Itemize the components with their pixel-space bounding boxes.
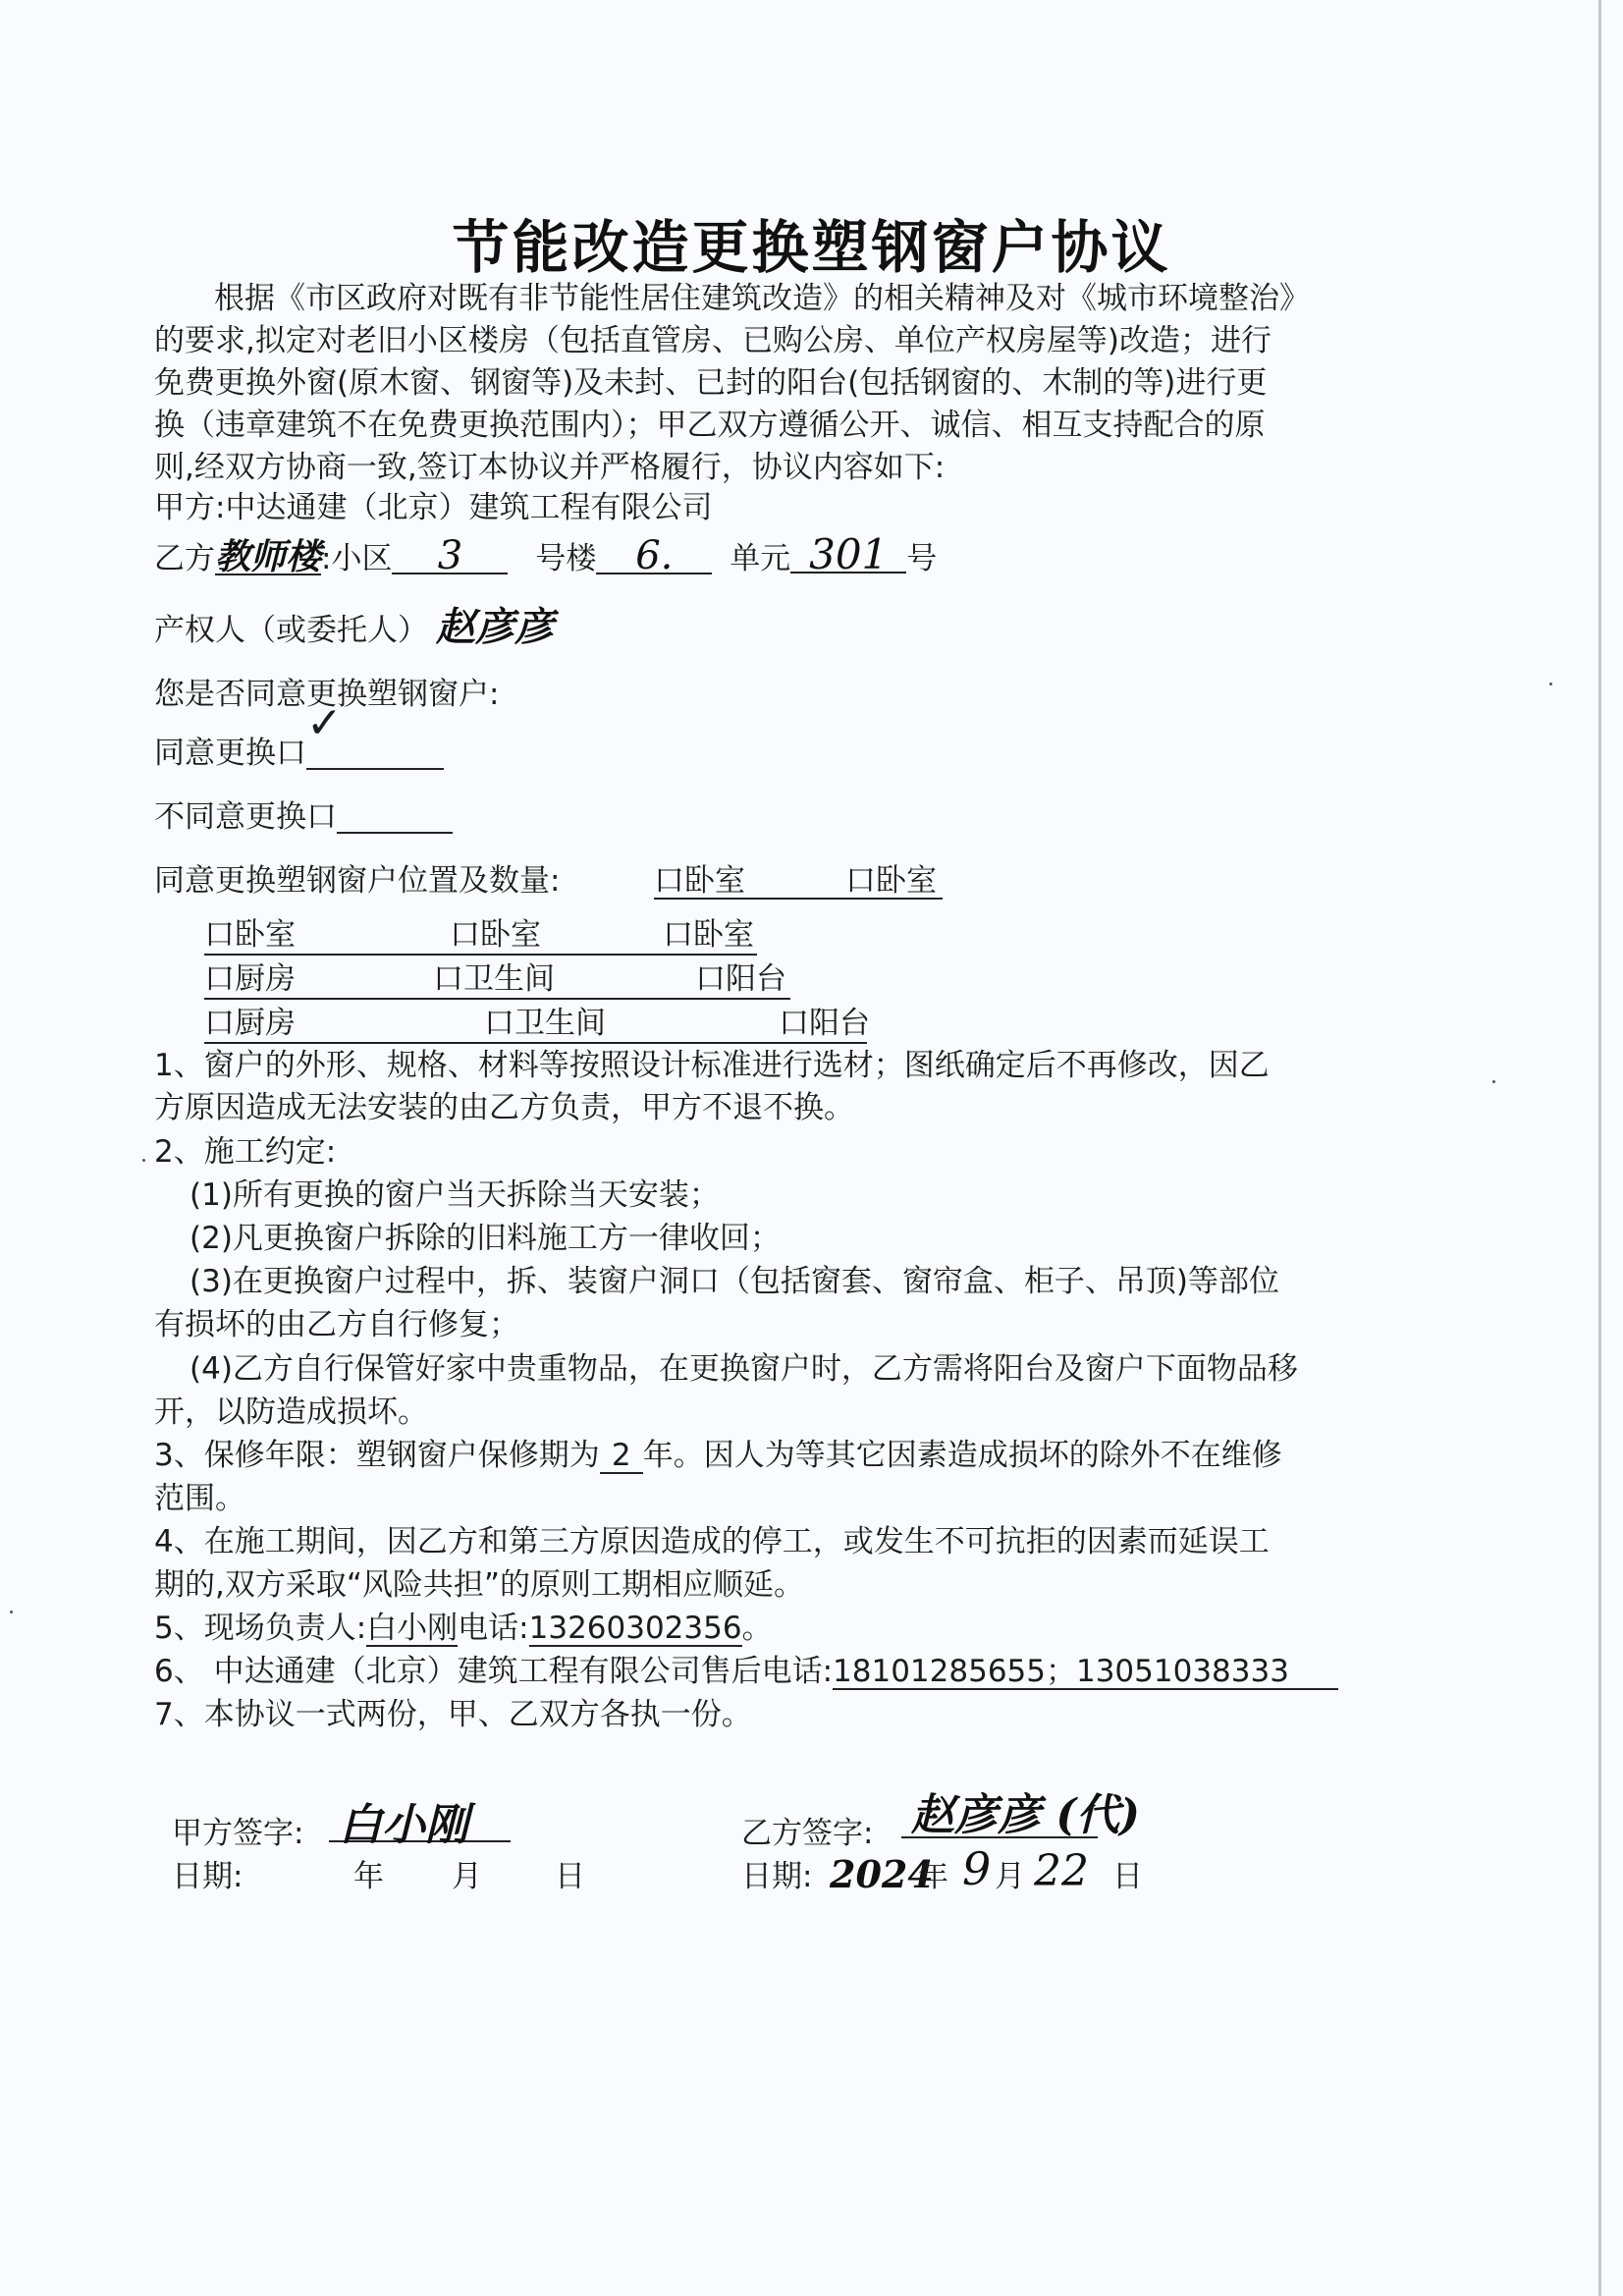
locations-row-2: 口厨房 口卫生间 口阳台	[204, 962, 790, 1000]
clause-2-title: 2、施工约定:	[154, 1135, 336, 1169]
location-balcony[interactable]: 口阳台	[695, 962, 786, 996]
party-a-day-label: 日	[555, 1860, 585, 1893]
locations-label: 同意更换塑钢窗户位置及数量:	[154, 864, 560, 898]
preamble-line-1: 根据《市区政府对既有非节能性居住建筑改造》的相关精神及对《城市环境整治》	[214, 282, 1310, 315]
scanned-document-page: 节能改造更换塑钢窗户协议 根据《市区政府对既有非节能性居住建筑改造》的相关精神及…	[0, 0, 1623, 2296]
clause-5: 5、现场负责人:白小刚电话:13260302356。	[154, 1612, 773, 1647]
clause-3-suffix: 年。因人为等其它因素造成损坏的除外不在维修	[643, 1438, 1282, 1473]
party-b-year-label: 年	[918, 1860, 948, 1893]
owner-label: 产权人（或委托人）	[154, 613, 428, 648]
building-number-field[interactable]: 3	[392, 539, 508, 574]
location-bedroom[interactable]: 口卧室	[845, 864, 937, 898]
document-title: 节能改造更换塑钢窗户协议	[0, 201, 1623, 284]
location-kitchen[interactable]: 口厨房	[204, 1007, 296, 1040]
location-bedroom[interactable]: 口卧室	[654, 863, 745, 899]
clause-1-line-1: 1、窗户的外形、规格、材料等按照设计标准进行选材；图纸确定后不再修改，因乙	[154, 1049, 1270, 1082]
clause-2-3-line-1: (3)在更换窗户过程中，拆、装窗户洞口（包括窗套、窗帘盒、柜子、吊顶)等部位	[189, 1265, 1279, 1298]
location-kitchen[interactable]: 口厨房	[204, 962, 296, 996]
party-a-month-label: 月	[452, 1860, 482, 1893]
party-a-line: 甲方:中达通建（北京）建筑工程有限公司	[154, 491, 712, 524]
community-suffix: :小区	[321, 541, 392, 576]
clause-3-prefix: 3、保修年限：塑钢窗户保修期为	[154, 1438, 600, 1473]
party-b-day[interactable]: 22	[1034, 1846, 1089, 1896]
preamble-line-2: 的要求,拟定对老旧小区楼房（包括直管房、已购公房、单位产权房屋等)改造；进行	[154, 324, 1271, 357]
scan-edge-line	[1598, 0, 1601, 2296]
party-a-date-label: 日期:	[172, 1860, 243, 1893]
clause-5-end: 。	[742, 1611, 773, 1646]
clause-7: 7、本协议一式两份，甲、乙双方各执一份。	[154, 1698, 752, 1731]
location-bedroom[interactable]: 口卧室	[663, 918, 754, 952]
clause-3-line-2: 范围。	[154, 1482, 245, 1515]
scan-speck	[10, 1611, 13, 1613]
scan-speck	[1492, 1080, 1495, 1083]
party-a-name: 中达通建（北京）建筑工程有限公司	[225, 490, 712, 525]
locations-row-1: 口卧室 口卧室 口卧室	[204, 918, 757, 956]
party-b-month[interactable]: 9	[962, 1842, 991, 1895]
location-bathroom[interactable]: 口卫生间	[433, 962, 555, 996]
warranty-years: 2	[600, 1439, 643, 1474]
after-sales-phones[interactable]: 18101285655；13051038333	[833, 1655, 1338, 1690]
room-label: 号	[906, 541, 937, 576]
clause-2-4-line-2: 开，以防造成损坏。	[154, 1395, 428, 1429]
clause-1-line-2: 方原因造成无法安装的由乙方负责，甲方不退不换。	[154, 1091, 854, 1124]
checkmark-icon: ✓	[306, 707, 343, 740]
party-a-signature-line[interactable]: 白小刚	[329, 1785, 511, 1842]
locations-row-0: 口卧室 口卧室	[654, 864, 943, 900]
clause-2-4-line-1: (4)乙方自行保管好家中贵重物品，在更换窗户时，乙方需将阳台及窗户下面物品移	[189, 1352, 1298, 1386]
preamble-line-3: 免费更换外窗(原木窗、钢窗等)及未封、已封的阳台(包括钢窗的、木制的等)进行更	[154, 366, 1267, 400]
preamble-line-5: 则,经双方协商一致,签订本协议并严格履行，协议内容如下:	[154, 451, 945, 484]
party-b-month-label: 月	[995, 1860, 1025, 1893]
clause-4-line-2: 期的,双方采取“风险共担”的原则工期相应顺延。	[154, 1568, 804, 1602]
party-a-signature: 白小刚	[339, 1789, 468, 1852]
clause-4-line-1: 4、在施工期间，因乙方和第三方原因造成的停工，或发生不可抗拒的因素而延误工	[154, 1525, 1270, 1558]
clause-2-2: (2)凡更换窗户拆除的旧料施工方一律收回；	[189, 1222, 781, 1255]
owner-signature[interactable]: 赵彦彦	[436, 604, 554, 650]
preamble-line-4: 换（违章建筑不在免费更换范围内）；甲乙双方遵循公开、诚信、相互支持配合的原	[154, 409, 1266, 442]
clause-2-3-line-2: 有损坏的由乙方自行修复；	[154, 1308, 519, 1341]
disagree-option[interactable]: 不同意更换口	[154, 800, 453, 834]
clause-6-prefix: 6、 中达通建（北京）建筑工程有限公司售后电话:	[154, 1654, 833, 1689]
clause-3-line-1: 3、保修年限：塑钢窗户保修期为2年。因人为等其它因素造成损坏的除外不在维修	[154, 1439, 1282, 1474]
party-b-signature: 赵彦彦 (代)	[911, 1779, 1140, 1842]
locations-row-3: 口厨房 口卫生间 口阳台	[204, 1007, 867, 1044]
party-b-day-label: 日	[1112, 1860, 1143, 1893]
owner-line: 产权人（或委托人）赵彦彦	[154, 611, 554, 647]
party-b-signature-line[interactable]: 赵彦彦 (代)	[901, 1785, 1098, 1838]
location-bedroom[interactable]: 口卧室	[204, 918, 296, 952]
scan-speck	[1549, 683, 1552, 685]
site-manager-name: 白小刚	[366, 1612, 458, 1647]
location-balcony[interactable]: 口阳台	[779, 1007, 870, 1040]
unit-number-field[interactable]: 6.	[596, 539, 712, 574]
clause-5-prefix: 5、现场负责人:	[154, 1611, 366, 1646]
location-bathroom[interactable]: 口卫生间	[484, 1007, 606, 1040]
clause-2-1: (1)所有更换的窗户当天拆除当天安装；	[189, 1178, 720, 1212]
agree-option[interactable]: 同意更换口✓	[154, 737, 444, 770]
scan-speck	[142, 1159, 145, 1162]
party-a-sign-label: 甲方签字:	[172, 1817, 303, 1850]
clause-6: 6、 中达通建（北京）建筑工程有限公司售后电话:18101285655；1305…	[154, 1655, 1338, 1690]
party-a-year-label: 年	[353, 1860, 384, 1893]
room-number-field[interactable]: 301	[790, 538, 906, 574]
agree-blank[interactable]: ✓	[306, 740, 444, 770]
party-b-line: 乙方教师楼:小区3 号楼6. 单元301号	[154, 538, 937, 575]
community-handwritten[interactable]: 教师楼	[215, 540, 321, 575]
party-b-label: 乙方	[154, 541, 215, 576]
party-b-sign-label: 乙方签字:	[741, 1817, 873, 1850]
location-bedroom[interactable]: 口卧室	[450, 918, 541, 952]
site-manager-phone[interactable]: 13260302356	[529, 1612, 742, 1647]
clause-5-phone-label: 电话:	[458, 1611, 528, 1646]
agree-label: 同意更换口	[154, 736, 306, 771]
party-a-label: 甲方:	[154, 490, 225, 525]
unit-label: 单元	[730, 541, 790, 576]
party-b-date-label: 日期:	[741, 1860, 812, 1893]
disagree-blank[interactable]	[337, 804, 453, 834]
building-label: 号楼	[535, 541, 596, 576]
disagree-label: 不同意更换口	[154, 799, 337, 835]
